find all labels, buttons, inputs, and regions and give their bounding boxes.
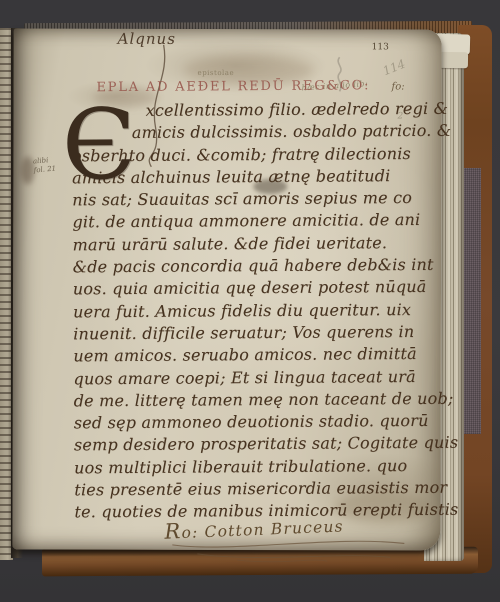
manuscript-text-block: Epla ad aeđel redū reg&co: Є xcellentiss… (69, 78, 444, 524)
manuscript-photograph: Alqnus epistolae 113 114 hæc in alio lib… (0, 0, 500, 602)
manuscript-line: ties presentē eius misericordia euasisti… (72, 477, 444, 502)
manuscript-line: semp desidero prosperitatis sat; Cogitat… (72, 432, 444, 457)
manuscript-line: inuenit. difficile seruatur; Vos querens… (71, 321, 443, 346)
margin-reference-note: alibi fol. 21 (33, 156, 57, 176)
decorated-initial: Є (62, 102, 137, 189)
margin-note-line: fol. 21 (33, 165, 56, 176)
signature-flourish (142, 527, 432, 564)
manuscript-line: uos. quia amicitia quę deseri potest nūq… (71, 276, 443, 301)
parchment-page: Alqnus epistolae 113 114 hæc in alio lib… (12, 28, 441, 550)
manuscript-line: uos multiplici liberauit tribulatione. q… (72, 455, 444, 480)
manuscript-line: sed sęp ammoneo deuotionis stadio. quorū (72, 410, 444, 435)
manuscript-line: quos amare coepi; Et si lingua taceat ur… (71, 365, 443, 390)
manuscript-line: uera fuit. Amicus fidelis diu queritur. … (71, 298, 443, 323)
faint-title-inscription: epistolae (198, 69, 235, 77)
manuscript-line: uem amicos. seruabo amicos. nec dimittā (71, 343, 443, 368)
folio-number-pencil: 114 (381, 57, 407, 79)
manuscript-line: &de pacis concordia quā habere deb&is in… (71, 254, 443, 279)
manuscript-line: marū urārū salute. &de fidei ueritate. (70, 232, 442, 257)
manuscript-line: git. de antiqua ammonere amicitia. de an… (70, 209, 442, 234)
rubric-heading: Epla ad aeđel redū reg&co: (96, 78, 441, 95)
folio-number-ink: 113 (372, 42, 389, 52)
manuscript-line: de me. litterę tamen meę non taceant de … (72, 388, 444, 413)
